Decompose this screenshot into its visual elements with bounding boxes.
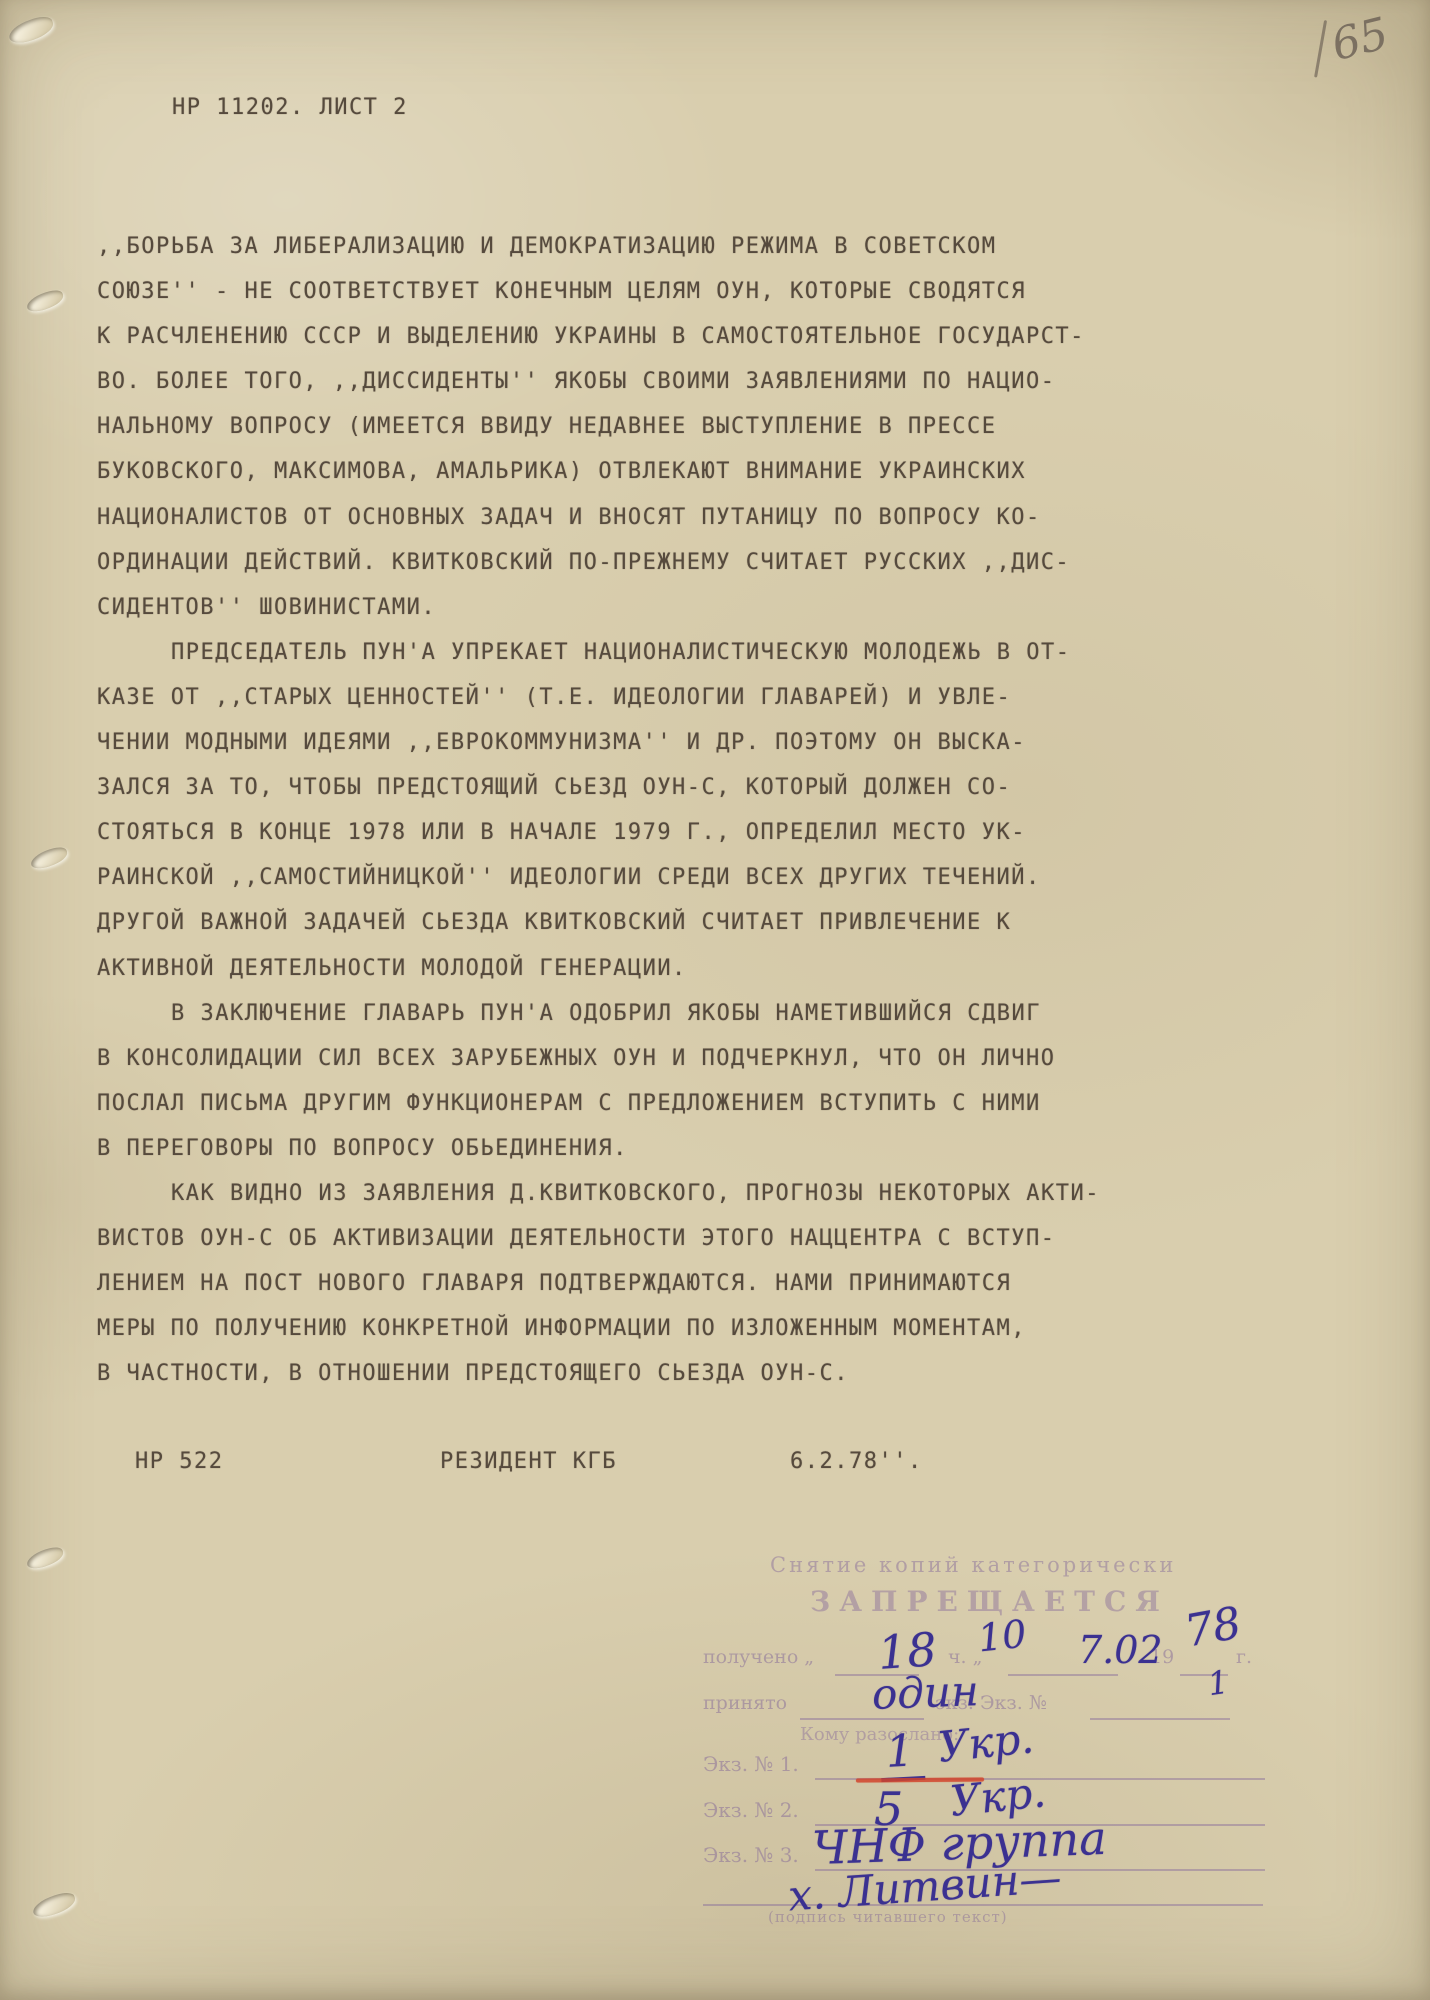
- stamp-copy2-label: Экз. № 2.: [703, 1798, 799, 1822]
- handwritten-copies-word: один: [871, 1666, 979, 1719]
- stamp-copy3-label: Экз. № 3.: [703, 1843, 799, 1867]
- handwritten-fraction-numerator: 1: [879, 1725, 926, 1782]
- stamp-caption-top: Снятие копий категорически: [770, 1553, 1176, 1577]
- stamp-blank-line: [1008, 1674, 1118, 1676]
- scanned-document-page: 65 НР 11202. ЛИСТ 2 ,,БОРЬБА ЗА ЛИБЕРАЛИ…: [0, 0, 1430, 2000]
- handwritten-received-year: 78: [1181, 1598, 1245, 1658]
- handwritten-destination-top: Укр.: [936, 1713, 1036, 1772]
- handwritten-received-time: 7.02: [1078, 1628, 1163, 1672]
- stamp-caption-main: ЗАПРЕЩАЕТСЯ: [810, 1585, 1169, 1618]
- stamp-blank-line: [800, 1718, 924, 1720]
- stamp-received-label: получено „: [703, 1646, 814, 1668]
- stamp-copy1-label: Экз. № 1.: [703, 1752, 799, 1776]
- stamp-hour-label: ч. „: [948, 1646, 982, 1668]
- handwritten-received-hour: 10: [976, 1612, 1029, 1661]
- stamp-accepted-label: принято: [703, 1692, 787, 1714]
- stamp-year-suffix: г.: [1236, 1646, 1252, 1668]
- stamp-blank-line: [1090, 1718, 1230, 1720]
